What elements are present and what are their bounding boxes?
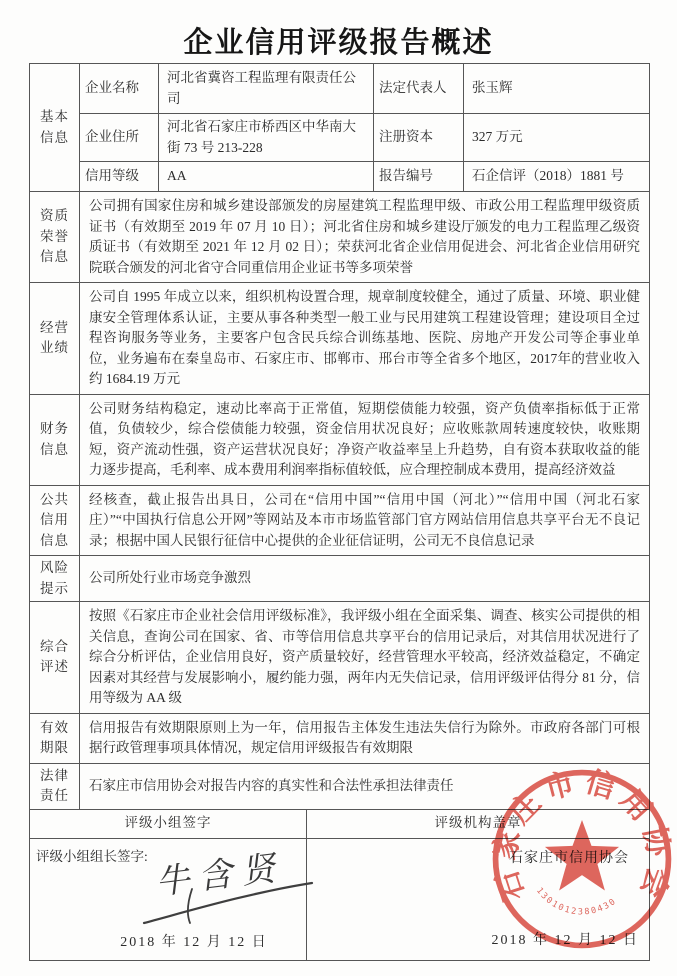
team-signature-date: 2018 年 12 月 12 日 <box>30 933 306 954</box>
table-row-legal-liability: 法律责任 石家庄市信用协会对报告内容的真实性和合法性承担法律责任 <box>30 763 650 809</box>
field-label-registered-capital: 注册资本 <box>374 114 464 162</box>
section-label-risk-notice: 风险提示 <box>30 556 80 602</box>
handwritten-signature: 牛含贤 <box>140 861 320 927</box>
table-row-business-performance: 经营业绩 公司自 1995 年成立以来，组织机构设置合理，规章制度较健全，通过了… <box>30 283 650 395</box>
section-label-financial-info: 财务信息 <box>30 394 80 485</box>
team-signature-cell: 评级小组组长签字: 牛含贤 2018 年 12 月 12 日 <box>30 838 307 960</box>
field-value-company-name: 河北省冀咨工程监理有限责任公司 <box>159 64 374 114</box>
field-value-legal-representative: 张玉辉 <box>464 64 650 114</box>
main-info-table: 基本信息 企业名称 河北省冀咨工程监理有限责任公司 法定代表人 张玉辉 企业住所… <box>29 63 650 810</box>
signature-body-row: 评级小组组长签字: 牛含贤 2018 年 12 月 12 日 石家庄市信用协会 <box>30 838 650 960</box>
signature-name-text: 牛含贤 <box>157 856 288 893</box>
report-page: 企业信用评级报告概述 基本信息 企业名称 河北省冀咨工程监理有限责任公司 法定代… <box>0 0 677 976</box>
field-label-company-name: 企业名称 <box>80 64 159 114</box>
section-label-legal-liability: 法律责任 <box>30 763 80 809</box>
agency-stamp-header: 评级机构盖章 <box>307 809 650 838</box>
section-label-overall-review: 综合评述 <box>30 602 80 714</box>
field-value-company-address: 河北省石家庄市桥西区中华南大街 73 号 213-228 <box>159 114 374 162</box>
field-label-company-address: 企业住所 <box>80 114 159 162</box>
field-label-report-number: 报告编号 <box>374 162 464 192</box>
report-table: 基本信息 企业名称 河北省冀咨工程监理有限责任公司 法定代表人 张玉辉 企业住所… <box>29 63 649 961</box>
field-value-credit-grade: AA <box>159 162 374 192</box>
section-label-qualification-honor: 资质荣誉信息 <box>30 192 80 283</box>
table-row-qualification-honor: 资质荣誉信息 公司拥有国家住房和城乡建设部颁发的房屋建筑工程监理甲级、市政公用工… <box>30 192 650 283</box>
agency-stamp-date: 2018 年 12 月 12 日 <box>492 931 640 952</box>
table-row-financial-info: 财务信息 公司财务结构稳定，速动比率高于正常值，短期偿债能力较强，资产负债率指标… <box>30 394 650 485</box>
field-value-registered-capital: 327 万元 <box>464 114 650 162</box>
section-content-business-performance: 公司自 1995 年成立以来，组织机构设置合理，规章制度较健全，通过了质量、环境… <box>80 283 650 395</box>
field-label-legal-representative: 法定代表人 <box>374 64 464 114</box>
table-row-overall-review: 综合评述 按照《石家庄市企业社会信用评级标准》，我评级小组在全面采集、调查、核实… <box>30 602 650 714</box>
table-row-company-name: 基本信息 企业名称 河北省冀咨工程监理有限责任公司 法定代表人 张玉辉 <box>30 64 650 114</box>
table-row-public-credit-info: 公共信用信息 经核查，截止报告出具日，公司在“信用中国”“信用中国（河北）”“信… <box>30 485 650 556</box>
section-content-overall-review: 按照《石家庄市企业社会信用评级标准》，我评级小组在全面采集、调查、核实公司提供的… <box>80 602 650 714</box>
table-row-credit-grade: 信用等级 AA 报告编号 石企信评（2018）1881 号 <box>30 162 650 192</box>
table-row-risk-notice: 风险提示 公司所处行业市场竞争激烈 <box>30 556 650 602</box>
section-label-business-performance: 经营业绩 <box>30 283 80 395</box>
agency-name-text: 石家庄市信用协会 <box>509 849 629 870</box>
signature-table: 评级小组签字 评级机构盖章 评级小组组长签字: 牛含贤 2018 <box>29 809 650 961</box>
section-content-legal-liability: 石家庄市信用协会对报告内容的真实性和合法性承担法律责任 <box>80 763 650 809</box>
section-content-validity-period: 信用报告有效期限原则上为一年，信用报告主体发生违法失信行为除外。市政府各部门可根… <box>80 713 650 763</box>
section-content-qualification-honor: 公司拥有国家住房和城乡建设部颁发的房屋建筑工程监理甲级、市政公用工程监理甲级资质… <box>80 192 650 283</box>
team-signature-header: 评级小组签字 <box>30 809 307 838</box>
table-row-validity-period: 有效期限 信用报告有效期限原则上为一年，信用报告主体发生违法失信行为除外。市政府… <box>30 713 650 763</box>
field-value-report-number: 石企信评（2018）1881 号 <box>464 162 650 192</box>
section-content-risk-notice: 公司所处行业市场竞争激烈 <box>80 556 650 602</box>
section-label-public-credit-info: 公共信用信息 <box>30 485 80 556</box>
page-title: 企业信用评级报告概述 <box>0 20 677 61</box>
signature-header-row: 评级小组签字 评级机构盖章 <box>30 809 650 838</box>
leader-signature-label: 评级小组组长签字: <box>36 847 148 868</box>
section-content-public-credit-info: 经核查，截止报告出具日，公司在“信用中国”“信用中国（河北）”“信用中国（河北石… <box>80 485 650 556</box>
section-label-validity-period: 有效期限 <box>30 713 80 763</box>
section-content-financial-info: 公司财务结构稳定，速动比率高于正常值，短期偿债能力较强，资产负债率指标低于正常值… <box>80 394 650 485</box>
table-row-company-address: 企业住所 河北省石家庄市桥西区中华南大街 73 号 213-228 注册资本 3… <box>30 114 650 162</box>
agency-stamp-cell: 石家庄市信用协会 2018 年 12 月 12 日 <box>307 838 650 960</box>
section-label-basic-info: 基本信息 <box>30 64 80 192</box>
field-label-credit-grade: 信用等级 <box>80 162 159 192</box>
